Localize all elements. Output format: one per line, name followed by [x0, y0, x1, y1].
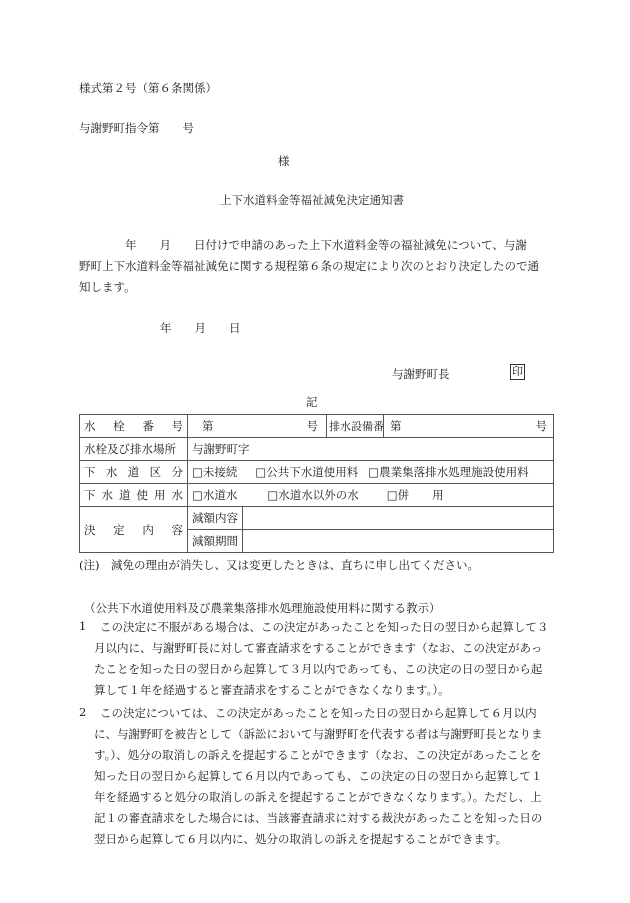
intro-line-2: 野町上下水道料金等福祉減免に関する規程第６条の規定により次のとおり決定したので通	[79, 256, 539, 277]
directive-number: 与謝野町指令第 号	[79, 120, 194, 136]
intro-line-1: 年 月 日付けで申請のあった上下水道料金等の福祉減免について、与謝	[79, 235, 527, 256]
checkbox-rural-drainage[interactable]: □農業集落排水処理施設使用料	[368, 465, 528, 479]
row-hydrant-number: 水 栓 番 号 第 号 排水設備番号 第 号	[80, 415, 554, 438]
label-decision-content: 決 定 内 容	[80, 507, 188, 553]
issue-date: 年 月 日	[160, 320, 241, 336]
label-reduction-content: 減額内容	[188, 507, 243, 530]
checkbox-not-connected[interactable]: □未接続	[192, 465, 237, 479]
checkbox-tap-water[interactable]: □水道水	[192, 488, 237, 502]
row-sewer-water-source: 下 水 道 使 用 水 □水道水□水道水以外の水□併 用	[80, 484, 554, 507]
row-decision-amount: 決 定 内 容 減額内容	[80, 507, 554, 530]
reduction-period-field[interactable]	[243, 530, 554, 553]
details-table: 水 栓 番 号 第 号 排水設備番号 第 号 水栓及び排水場所 与謝野	[79, 414, 554, 553]
reduction-content-field[interactable]	[243, 507, 554, 530]
hydrant-number-field[interactable]: 第 号	[188, 415, 327, 438]
label-reduction-period: 減額期間	[188, 530, 243, 553]
item-number: 1	[79, 619, 86, 633]
row-location: 水栓及び排水場所 与謝野町字	[80, 438, 554, 461]
checkbox-non-tap-water[interactable]: □水道水以外の水	[267, 488, 358, 502]
checkbox-public-sewer[interactable]: □公共下水道使用料	[255, 465, 358, 479]
instruction-heading: （公共下水道使用料及び農業集落排水処理施設使用料に関する教示）	[84, 600, 441, 616]
document-title: 上下水道料金等福祉減免決定通知書	[220, 192, 404, 208]
seal-mark: 印	[510, 364, 525, 380]
addressee-suffix: 様	[278, 153, 290, 169]
label-hydrant-number: 水 栓 番 号	[80, 415, 188, 438]
ki-label: 記	[306, 394, 318, 410]
form-number: 様式第２号（第６条関係）	[79, 80, 217, 96]
location-field[interactable]: 与謝野町字	[188, 438, 554, 461]
issuer-title: 与謝野町長	[392, 366, 450, 382]
label-sewer-category: 下 水 道 区 分	[80, 461, 188, 484]
intro-line-3: 知します。	[79, 277, 136, 298]
drainage-number-field[interactable]: 第 号	[384, 415, 554, 438]
label-drainage-number: 排水設備番号	[327, 415, 384, 438]
note: (注) 減免の理由が消失し、又は変更したときは、直ちに申し出てください。	[79, 557, 479, 573]
label-location: 水栓及び排水場所	[80, 438, 188, 461]
label-sewer-water-source: 下 水 道 使 用 水	[80, 484, 188, 507]
sewer-category-options: □未接続□公共下水道使用料□農業集落排水処理施設使用料	[188, 461, 554, 484]
row-sewer-category: 下 水 道 区 分 □未接続□公共下水道使用料□農業集落排水処理施設使用料	[80, 461, 554, 484]
item-number: 2	[79, 705, 86, 719]
checkbox-combined[interactable]: □併 用	[387, 488, 444, 502]
sewer-water-source-options: □水道水□水道水以外の水□併 用	[188, 484, 554, 507]
